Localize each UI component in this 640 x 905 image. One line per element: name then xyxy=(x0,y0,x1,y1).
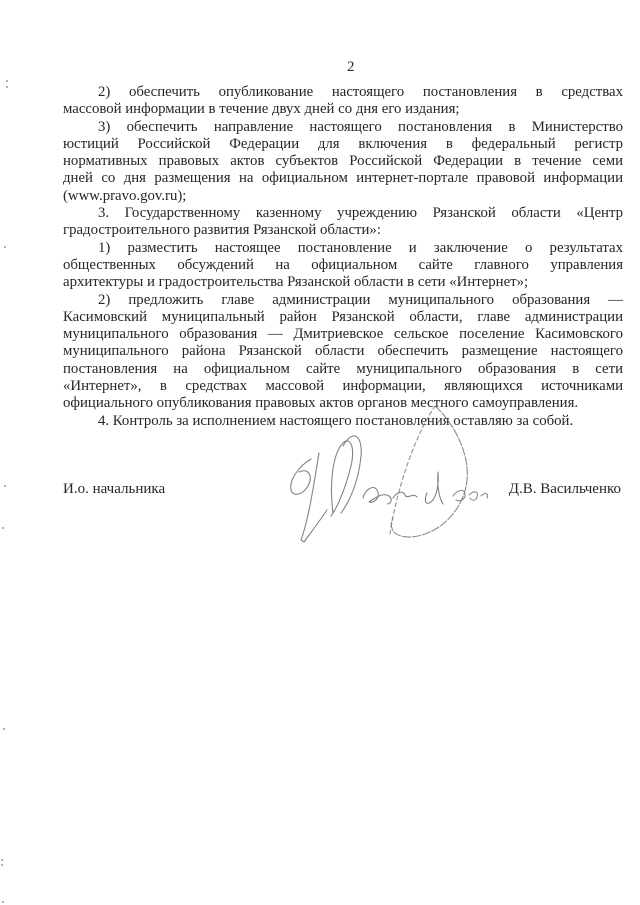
scan-speck xyxy=(4,246,6,248)
scan-speck xyxy=(6,80,8,82)
text-line: постановления на официальном сайте муниц… xyxy=(63,361,623,378)
text-line: Касимовский муниципальный район Рязанско… xyxy=(63,309,623,326)
signatory-name: Д.В. Васильченко xyxy=(509,481,621,498)
text-line: 3) обеспечить направление настоящего пос… xyxy=(63,119,623,136)
text-line: дней со дня размещения на официальном ин… xyxy=(63,170,623,187)
text-line: (www.pravo.gov.ru); xyxy=(63,188,623,205)
paragraph: 3. Государственному казенному учреждению… xyxy=(63,205,623,240)
signature-block: И.о. начальника Д.В. Васильченко xyxy=(63,481,621,498)
text-line: официального опубликования правовых акто… xyxy=(63,395,623,412)
text-line: юстиций Российской Федерации для включен… xyxy=(63,136,623,153)
text-line: 1) разместить настоящее постановление и … xyxy=(63,240,623,257)
scan-speck xyxy=(4,485,6,487)
scan-speck xyxy=(1,864,3,866)
scan-speck xyxy=(3,728,5,730)
paragraph: 2) предложить главе администрации муници… xyxy=(63,292,623,413)
page-number: 2 xyxy=(63,59,639,76)
text-line: «Интернет», в средствах массовой информа… xyxy=(63,378,623,395)
text-line: архитектуры и градостроительства Рязанск… xyxy=(63,274,623,291)
text-line: градостроительного развития Рязанской об… xyxy=(63,222,623,239)
scan-speck xyxy=(1,859,3,861)
signer-position-title: И.о. начальника xyxy=(63,481,165,498)
scan-speck xyxy=(2,527,4,529)
text-line: 4. Контроль за исполнением настоящего по… xyxy=(63,413,623,430)
scan-speck xyxy=(2,901,4,903)
paragraph: 3) обеспечить направление настоящего пос… xyxy=(63,119,623,205)
paragraph: 4. Контроль за исполнением настоящего по… xyxy=(63,413,623,430)
scan-speck xyxy=(6,86,8,88)
text-line: муниципального образования — Дмитриевско… xyxy=(63,326,623,343)
paragraph: 1) разместить настоящее постановление и … xyxy=(63,240,623,292)
paragraph: 2) обеспечить опубликование настоящего п… xyxy=(63,84,623,119)
text-line: 3. Государственному казенному учреждению… xyxy=(63,205,623,222)
document-body: 2) обеспечить опубликование настоящего п… xyxy=(63,84,623,430)
scanned-document-page: 2 2) обеспечить опубликование настоящего… xyxy=(0,0,640,905)
text-line: нормативных правовых актов субъектов Рос… xyxy=(63,153,623,170)
text-line: 2) предложить главе администрации муници… xyxy=(63,292,623,309)
text-line: 2) обеспечить опубликование настоящего п… xyxy=(63,84,623,101)
text-line: массовой информации в течение двух дней … xyxy=(63,101,623,118)
text-line: муниципального района Рязанской области … xyxy=(63,343,623,360)
text-line: общественных обсуждений на официальном с… xyxy=(63,257,623,274)
